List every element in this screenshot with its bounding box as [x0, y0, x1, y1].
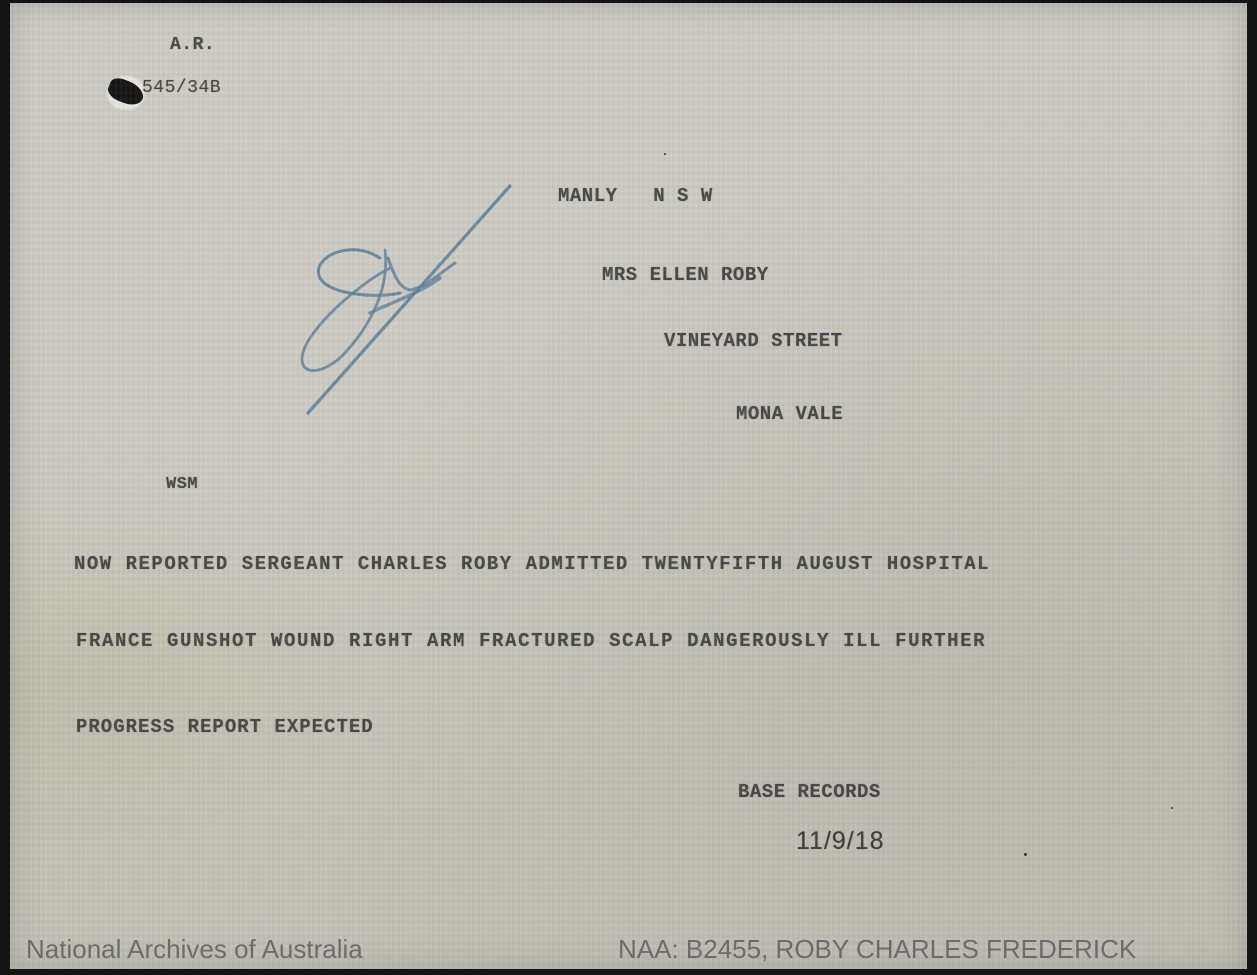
address-locality: MONA VALE: [736, 403, 843, 425]
paper-speck: [1171, 807, 1173, 809]
address-street: VINEYARD STREET: [664, 330, 843, 352]
message-line: NOW REPORTED SERGEANT CHARLES ROBY ADMIT…: [74, 553, 990, 575]
document-date: 11/9/18: [796, 827, 885, 856]
telegram-code: WSM: [166, 475, 198, 494]
sender-name: BASE RECORDS: [738, 781, 881, 803]
document-page: A.R. 545/34B MANLY N S W MRS ELLEN ROBY …: [10, 3, 1247, 969]
reference-number: 545/34B: [142, 78, 221, 98]
paper-speck: [1024, 853, 1027, 856]
reference-prefix: A.R.: [170, 35, 215, 55]
record-citation: NAA: B2455, ROBY CHARLES FREDERICK: [618, 934, 1136, 965]
message-line: FRANCE GUNSHOT WOUND RIGHT ARM FRACTURED…: [76, 630, 986, 652]
punch-hole: [106, 75, 146, 111]
archive-watermark: National Archives of Australia: [26, 934, 363, 965]
message-line: PROGRESS REPORT EXPECTED: [76, 716, 374, 738]
address-recipient: MRS ELLEN ROBY: [602, 264, 769, 286]
paper-speck: [664, 153, 666, 155]
address-town: MANLY N S W: [558, 185, 713, 207]
signature-mark: [290, 178, 520, 418]
